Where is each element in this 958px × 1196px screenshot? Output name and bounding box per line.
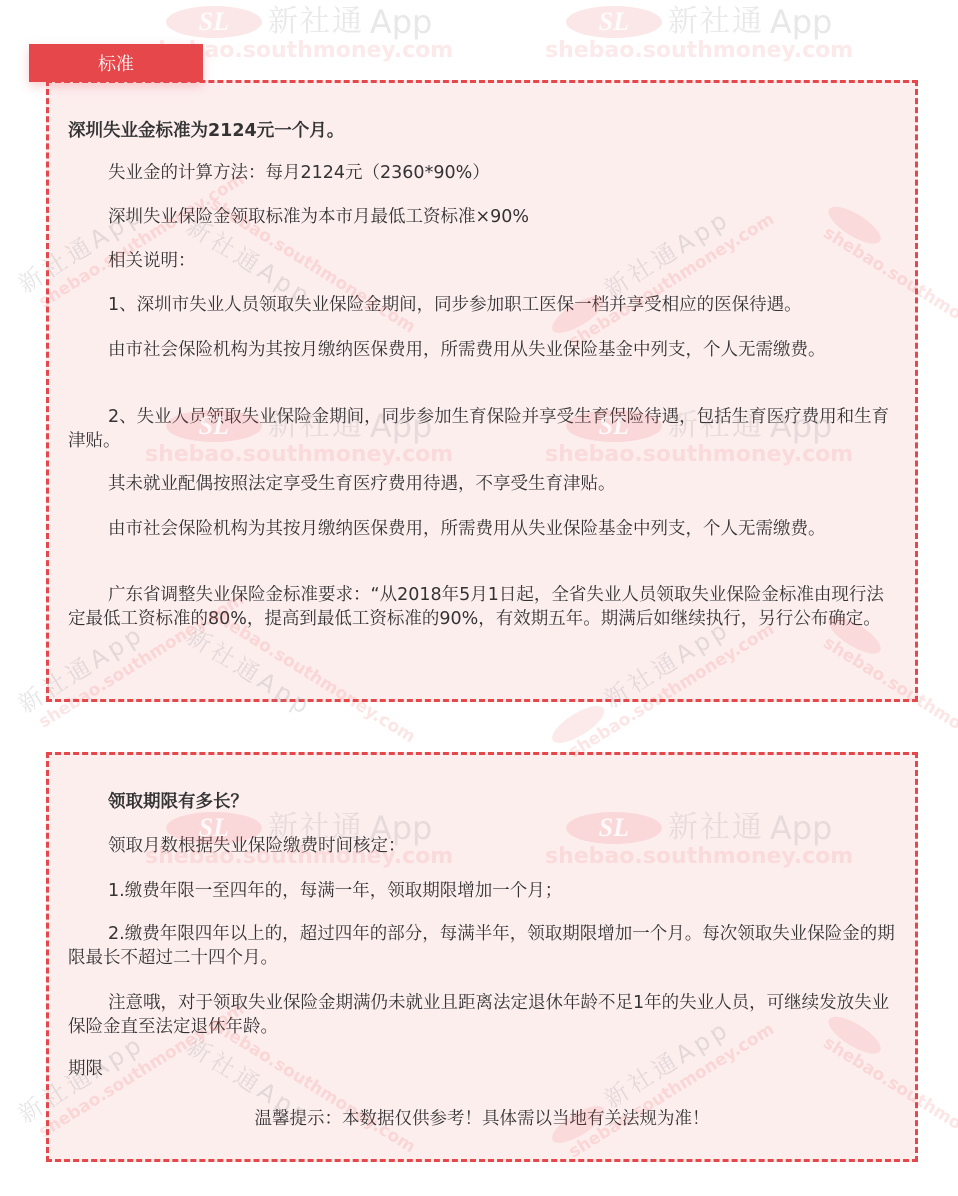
paragraph: 其未就业配偶按照法定享受生育医疗费用待遇，不享受生育津贴。 [68, 472, 896, 496]
paragraph: 2、失业人员领取失业保险金期间，同步参加生育保险并享受生育保险待遇，包括生育医疗… [68, 405, 896, 453]
paragraph: 领取月数根据失业保险缴费时间核定： [68, 834, 896, 858]
paragraph: 相关说明： [68, 249, 896, 273]
section-tag-standard: 标准 [29, 44, 203, 82]
disclaimer-tip: 温馨提示：本数据仅供参考！具体需以当地有关法规为准！ [68, 1107, 896, 1131]
paragraph: 由市社会保险机构为其按月缴纳医保费用，所需费用从失业保险基金中列支，个人无需缴费… [68, 517, 896, 541]
paragraph: 广东省调整失业保险金标准要求：“从2018年5月1日起，全省失业人员领取失业保险… [68, 583, 896, 631]
section-heading: 领取期限有多长？ [68, 790, 896, 814]
paragraph: 1、深圳市失业人员领取失业保险金期间，同步参加职工医保一档并享受相应的医保待遇。 [68, 293, 896, 317]
paragraph: 失业金的计算方法：每月2124元（2360*90%） [68, 161, 896, 185]
standard-section-box: 深圳失业金标准为2124元一个月。 失业金的计算方法：每月2124元（2360*… [46, 80, 918, 702]
footer-label: 期限 [68, 1057, 896, 1081]
paragraph: 深圳失业保险金领取标准为本市月最低工资标准×90% [68, 205, 896, 229]
watermark: SL新社通App shebao.southmoney.com [545, 6, 853, 62]
sl-logo-icon: SL [166, 6, 262, 38]
paragraph: 由市社会保险机构为其按月缴纳医保费用，所需费用从失业保险基金中列支，个人无需缴费… [68, 338, 896, 362]
paragraph: 1.缴费年限一至四年的，每满一年，领取期限增加一个月； [68, 879, 896, 903]
duration-section-box: 领取期限有多长？ 领取月数根据失业保险缴费时间核定： 1.缴费年限一至四年的，每… [46, 752, 918, 1162]
paragraph: 注意哦，对于领取失业保险金期满仍未就业且距离法定退休年龄不足1年的失业人员，可继… [68, 991, 896, 1039]
sl-logo-icon [547, 699, 610, 749]
sl-logo-icon: SL [566, 6, 662, 38]
section-heading: 深圳失业金标准为2124元一个月。 [68, 119, 896, 143]
paragraph: 2.缴费年限四年以上的，超过四年的部分，每满半年，领取期限增加一个月。每次领取失… [68, 922, 896, 970]
